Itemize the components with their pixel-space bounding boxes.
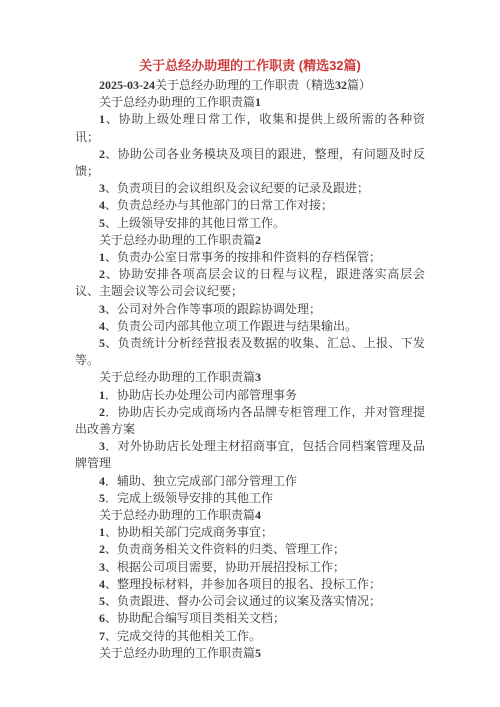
bold-number: 1 — [255, 95, 261, 109]
bold-number: 4 — [99, 319, 105, 333]
section-heading: 关于总经办助理的工作职责篇3 — [75, 369, 425, 386]
bold-number: 3 — [99, 302, 105, 316]
meta-title-text: 关于总经办助理的工作职责（精选32篇） — [155, 78, 371, 92]
duty-item: 5、负责统计分析经营报表及数据的收集、汇总、上报、下发等。 — [75, 335, 425, 369]
bold-number: 1 — [99, 388, 105, 402]
bold-number: 5 — [99, 594, 105, 608]
bold-number: 4 — [99, 474, 105, 488]
bold-number: 3 — [99, 181, 105, 195]
bold-number: 1 — [99, 112, 105, 126]
section-heading: 关于总经办助理的工作职责篇2 — [75, 232, 425, 249]
bold-number: 3 — [99, 439, 105, 453]
bold-number: 5 — [99, 216, 105, 230]
section-heading: 关于总经办助理的工作职责篇1 — [75, 94, 425, 111]
bold-number: 7 — [99, 629, 105, 643]
duty-item: 7、完成交待的其他相关工作。 — [75, 628, 425, 645]
bold-number: 4 — [99, 577, 105, 591]
duty-item: 4、负责总经办与其他部门的日常工作对接； — [75, 197, 425, 214]
bold-number: 2 — [99, 267, 105, 281]
duty-item: 1．协助店长办处理公司内部管理事务 — [75, 387, 425, 404]
duty-item: 4、负责公司内部其他立项工作跟进与结果输出。 — [75, 318, 425, 335]
duty-item: 2、负责商务相关文件资料的归类、管理工作； — [75, 541, 425, 558]
duty-item: 3、根据公司项目需要，协助开展招投标工作； — [75, 559, 425, 576]
duty-item: 5．完成上级领导安排的其他工作 — [75, 490, 425, 507]
bold-number: 1 — [99, 525, 105, 539]
duty-item: 5、负责跟进、督办公司会议通过的议案及落实情况； — [75, 593, 425, 610]
duty-item: 3、负责项目的会议组织及会议纪要的记录及跟进； — [75, 180, 425, 197]
duty-item: 6、协助配合编写项目类相关文档； — [75, 610, 425, 627]
duty-item: 1、协助相关部门完成商务事宜； — [75, 524, 425, 541]
duty-item: 2．协助店长办完成商场内各品牌专柜管理工作，并对管理提出改善方案 — [75, 404, 425, 438]
duty-item: 1、负责办公室日常事务的按排和件资料的存档保管； — [75, 249, 425, 266]
document-title: 关于总经办助理的工作职责 (精选32篇) — [75, 57, 425, 74]
duty-item: 4．辅助、独立完成部门部分管理工作 — [75, 473, 425, 490]
duty-item: 3．对外协助店长处理主材招商事宜，包括合同档案管理及品牌管理 — [75, 438, 425, 472]
duty-item: 2、协助公司各业务模块及项目的跟进，整理，有问题及时反馈； — [75, 146, 425, 180]
duty-item: 5、上级领导安排的其他日常工作。 — [75, 215, 425, 232]
bold-number: 1 — [99, 250, 105, 264]
section-heading: 关于总经办助理的工作职责篇4 — [75, 507, 425, 524]
document-meta-line: 2025-03-24关于总经办助理的工作职责（精选32篇） — [75, 77, 425, 94]
bold-number: 2 — [99, 147, 105, 161]
bold-number: 3 — [99, 560, 105, 574]
bold-number: 6 — [99, 611, 105, 625]
document-page: 关于总经办助理的工作职责 (精选32篇) 2025-03-24关于总经办助理的工… — [0, 0, 500, 662]
bold-number: 2 — [99, 542, 105, 556]
bold-number: 2 — [99, 405, 105, 419]
bold-number: 4 — [255, 508, 261, 522]
bold-number: 32 — [335, 78, 347, 92]
bold-number: 5 — [99, 336, 105, 350]
bold-number: 2 — [255, 233, 261, 247]
duty-item: 3、公司对外合作等事项的跟踪协调处理； — [75, 301, 425, 318]
bold-number: 5 — [255, 646, 261, 660]
bold-number: 5 — [99, 491, 105, 505]
bold-number: 4 — [99, 198, 105, 212]
publish-date: 2025-03-24 — [99, 78, 155, 92]
duty-item: 4、整理投标材料，并参加各项目的报名、投标工作； — [75, 576, 425, 593]
section-heading: 关于总经办助理的工作职责篇5 — [75, 645, 425, 662]
duty-item: 1、协助上级处理日常工作，收集和提供上级所需的各种资讯； — [75, 111, 425, 145]
document-body: 关于总经办助理的工作职责篇11、协助上级处理日常工作，收集和提供上级所需的各种资… — [75, 94, 425, 662]
duty-item: 2、协助安排各项高层会议的日程与议程，跟进落实高层会议、主题会议等公司会议纪要； — [75, 266, 425, 300]
bold-number: 3 — [255, 370, 261, 384]
